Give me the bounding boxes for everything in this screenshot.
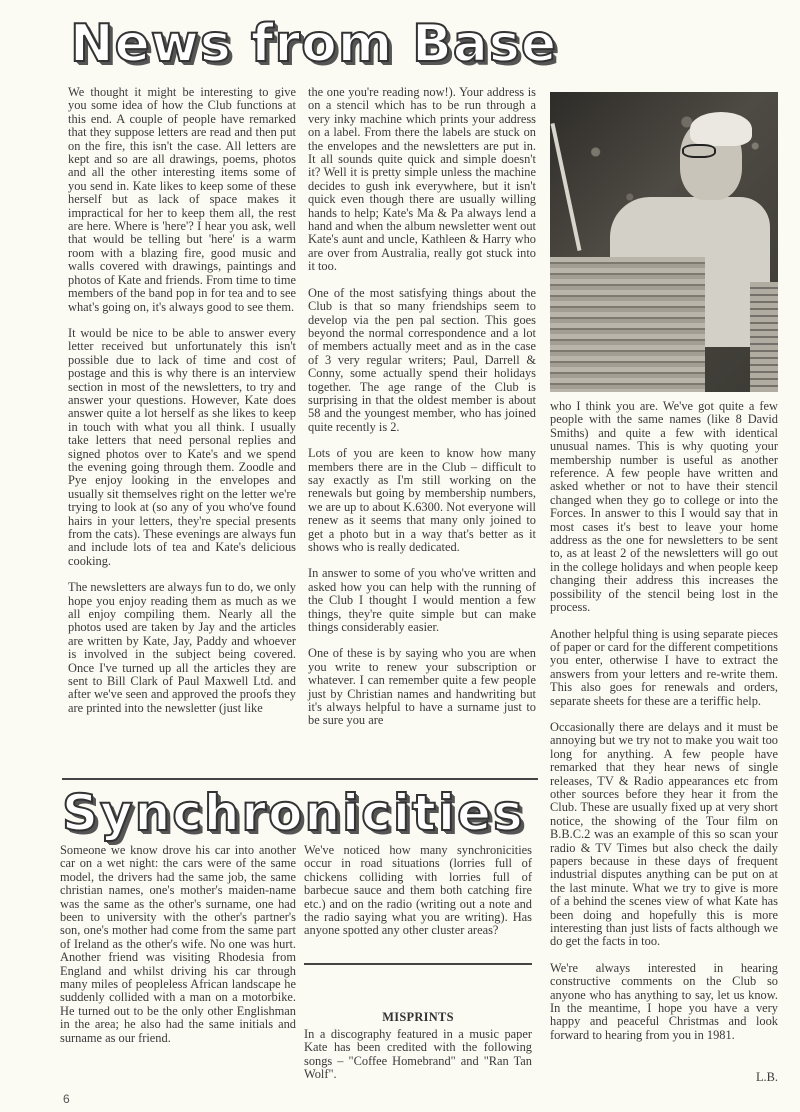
paragraph: The newsletters are always fun to do, we… xyxy=(68,581,296,715)
paragraph: Occasionally there are delays and it mus… xyxy=(550,721,778,949)
paragraph: who I think you are. We've got quite a f… xyxy=(550,400,778,615)
paragraph: the one you're reading now!). Your addre… xyxy=(308,86,536,274)
paragraph: One of these is by saying who you are wh… xyxy=(308,647,536,727)
misprints-heading: MISPRINTS xyxy=(304,1010,532,1025)
misprints-divider xyxy=(304,963,532,965)
signature: L.B. xyxy=(756,1070,778,1085)
section-divider xyxy=(62,778,538,780)
paragraph: We thought it might be interesting to gi… xyxy=(68,86,296,314)
article-column-2: the one you're reading now!). Your addre… xyxy=(308,86,536,741)
synchronicities-title: Synchronicities xyxy=(62,788,525,838)
news-from-base-title: News from Base xyxy=(70,18,557,70)
page-number: 6 xyxy=(63,1092,70,1106)
photo-man-with-newsletters xyxy=(550,92,778,392)
article-column-3: who I think you are. We've got quite a f… xyxy=(550,400,778,1042)
paragraph: We're always interested in hearing const… xyxy=(550,962,778,1042)
paragraph: One of the most satisfying things about … xyxy=(308,287,536,434)
newsletter-page: News from Base We thought it might be in… xyxy=(0,0,800,1112)
article-column-1: We thought it might be interesting to gi… xyxy=(68,86,296,728)
photo-newsletter-stack xyxy=(550,257,705,392)
paragraph: In a discography featured in a music pap… xyxy=(304,1028,532,1082)
photo-glasses xyxy=(682,144,716,158)
photo-hair xyxy=(690,112,752,146)
photo-newsletter-stack-right xyxy=(750,282,778,392)
paragraph: In answer to some of you who've written … xyxy=(308,567,536,634)
synchronicities-column-2: We've noticed how many synchronicities o… xyxy=(304,844,532,951)
paragraph: Lots of you are keen to know how many me… xyxy=(308,447,536,554)
paragraph: Someone we know drove his car into anoth… xyxy=(60,844,296,1045)
misprints-text: In a discography featured in a music pap… xyxy=(304,1028,532,1095)
paragraph: It would be nice to be able to answer ev… xyxy=(68,327,296,568)
paragraph: We've noticed how many synchronicities o… xyxy=(304,844,532,938)
paragraph: Another helpful thing is using separate … xyxy=(550,628,778,708)
synchronicities-column-1: Someone we know drove his car into anoth… xyxy=(60,844,296,1058)
